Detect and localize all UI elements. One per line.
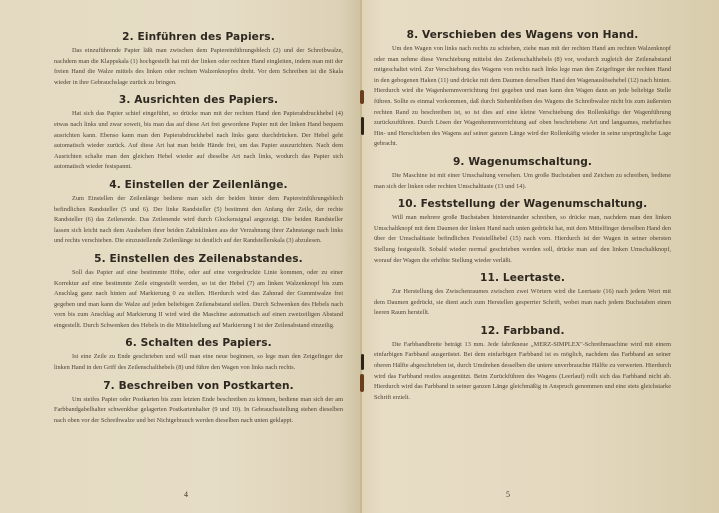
staple-bottom-rust xyxy=(360,374,364,392)
binding-gutter xyxy=(360,0,362,513)
section-body: Um den Wagen von links nach rechts zu sc… xyxy=(374,44,671,150)
section-body: Die Farbbandbreite beträgt 13 mm. Jede f… xyxy=(374,340,671,404)
section-heading: 11. Leertaste. xyxy=(374,272,671,284)
section-heading: 2. Einführen des Papiers. xyxy=(54,31,343,43)
page-number: 5 xyxy=(506,490,510,499)
page-number: 4 xyxy=(184,490,188,499)
section-2: 2. Einführen des Papiers. Das einzuführe… xyxy=(54,31,343,88)
left-page: 2. Einführen des Papiers. Das einzuführe… xyxy=(0,0,361,513)
section-heading: 8. Verschieben des Wagens von Hand. xyxy=(374,29,671,41)
section-heading: 6. Schalten des Papiers. xyxy=(54,337,343,349)
section-body: Zum Einstellen der Zeilenlänge bediene m… xyxy=(54,194,343,247)
section-heading: 4. Einstellen der Zeilenlänge. xyxy=(54,179,343,191)
section-6: 6. Schalten des Papiers. Ist eine Zeile … xyxy=(54,337,343,373)
section-body: Zur Herstellung des Zwischenraumes zwisc… xyxy=(374,287,671,319)
section-heading: 10. Feststellung der Wagenumschaltung. xyxy=(374,198,671,210)
section-7: 7. Beschreiben von Postkarten. Um steife… xyxy=(54,380,343,427)
section-4: 4. Einstellen der Zeilenlänge. Zum Einst… xyxy=(54,179,343,247)
section-body: Um steifes Papier oder Postkarten bis zu… xyxy=(54,395,343,427)
section-5: 5. Einstellen des Zeilenabstandes. Soll … xyxy=(54,253,343,332)
staple-top-rust xyxy=(360,90,364,104)
section-3: 3. Ausrichten des Papiers. Hat sich das … xyxy=(54,94,343,173)
staple-bottom xyxy=(361,354,364,370)
section-body: Soll das Papier auf eine bestimmte Höhe,… xyxy=(54,268,343,332)
booklet-spread: 2. Einführen des Papiers. Das einzuführe… xyxy=(0,0,719,513)
right-page: 8. Verschieben des Wagens von Hand. Um d… xyxy=(361,0,719,513)
section-heading: 3. Ausrichten des Papiers. xyxy=(54,94,343,106)
staple-top xyxy=(361,117,364,135)
section-body: Das einzuführende Papier läßt man zwisch… xyxy=(54,46,343,88)
section-8: 8. Verschieben des Wagens von Hand. Um d… xyxy=(374,29,671,150)
section-body: Hat sich das Papier schief eingeführt, s… xyxy=(54,109,343,173)
section-heading: 7. Beschreiben von Postkarten. xyxy=(54,380,343,392)
section-12: 12. Farbband. Die Farbbandbreite beträgt… xyxy=(374,325,671,404)
section-body: Die Maschine ist mit einer Umschaltung v… xyxy=(374,171,671,192)
section-heading: 9. Wagenumschaltung. xyxy=(374,156,671,168)
section-body: Will man mehrere große Buchstaben hinter… xyxy=(374,213,671,266)
section-heading: 12. Farbband. xyxy=(374,325,671,337)
section-9: 9. Wagenumschaltung. Die Maschine ist mi… xyxy=(374,156,671,192)
section-body: Ist eine Zeile zu Ende geschrieben und w… xyxy=(54,352,343,373)
section-11: 11. Leertaste. Zur Herstellung des Zwisc… xyxy=(374,272,671,319)
section-heading: 5. Einstellen des Zeilenabstandes. xyxy=(54,253,343,265)
section-10: 10. Feststellung der Wagenumschaltung. W… xyxy=(374,198,671,266)
